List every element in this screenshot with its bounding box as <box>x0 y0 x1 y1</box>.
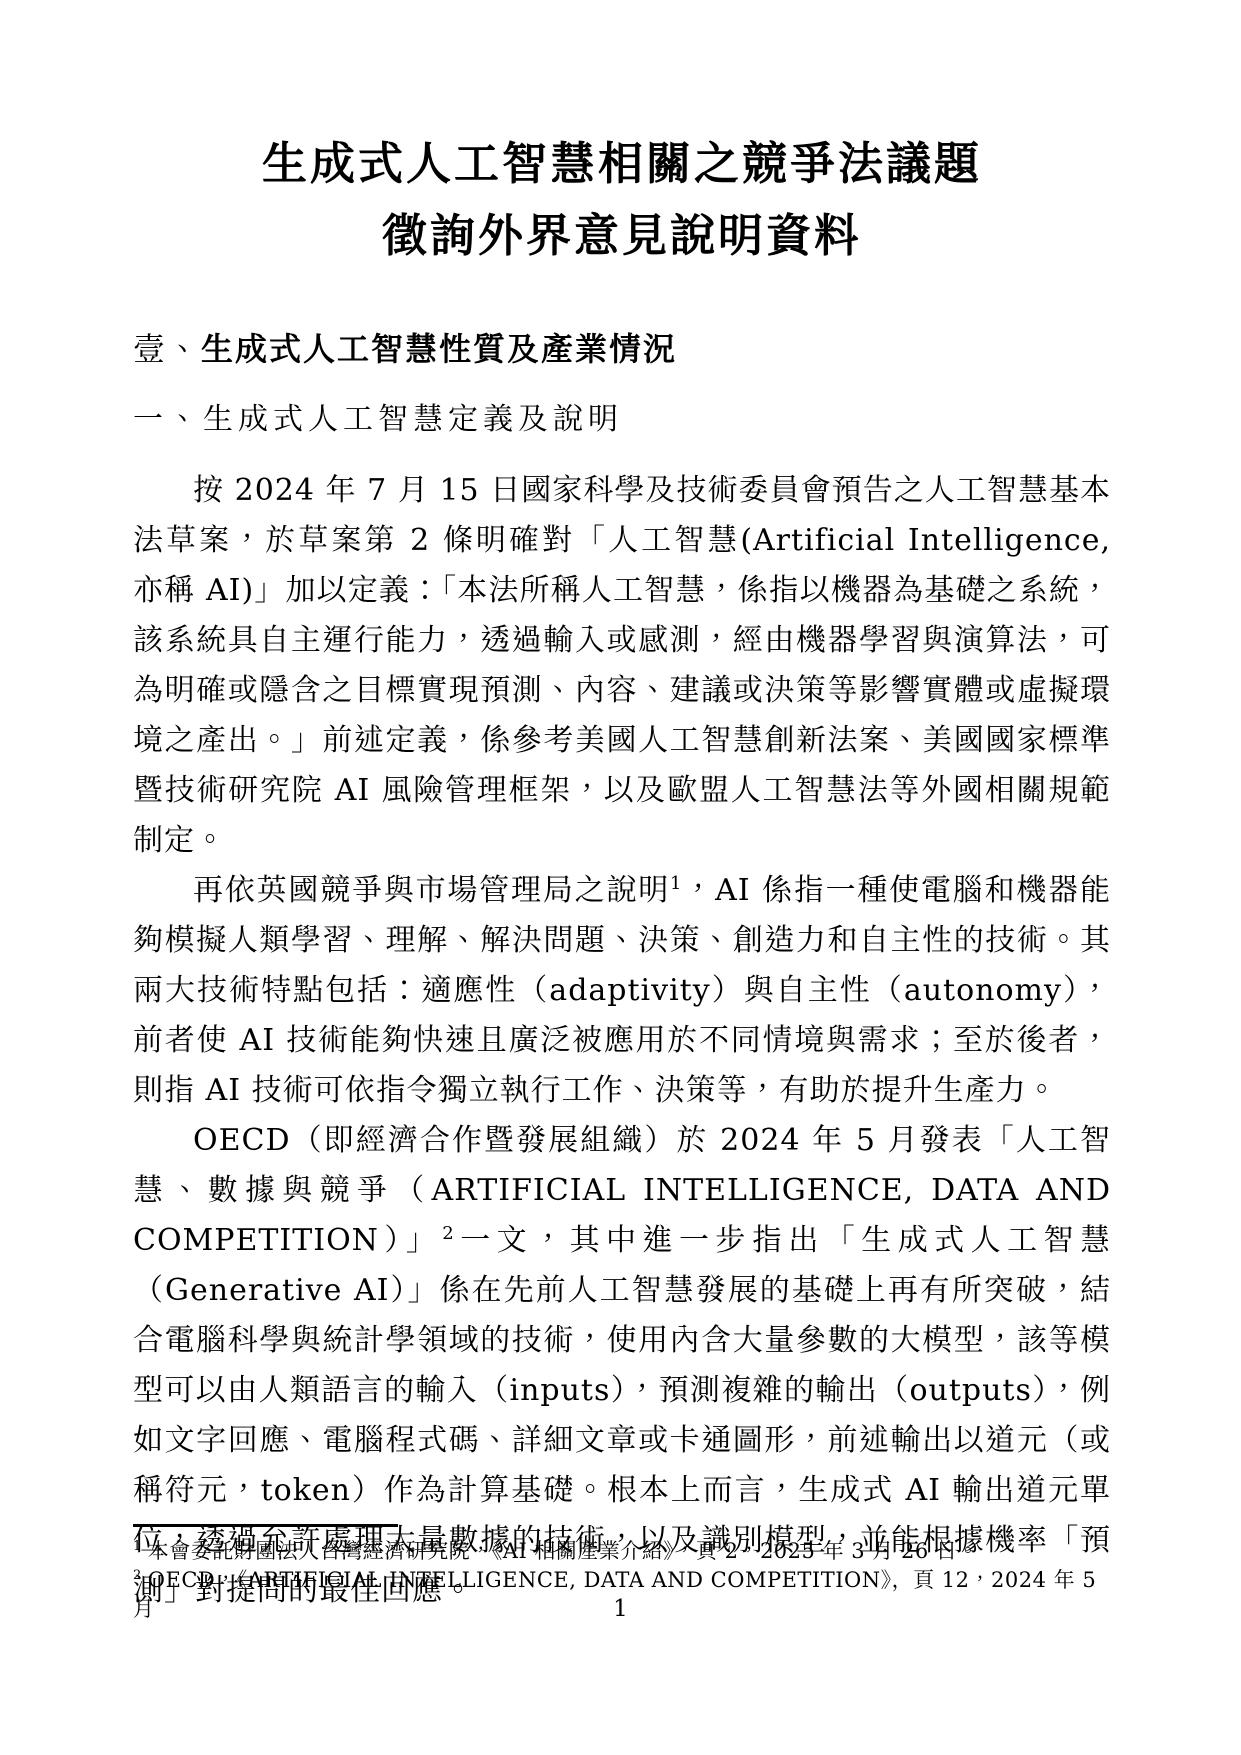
document-title-line2: 徵詢外界意見說明資料 <box>382 209 862 262</box>
footnote-1: 1本會委託財團法人台灣經濟研究院，《AI 相關產業介紹》，頁 2，2025 年 … <box>133 1537 1111 1566</box>
subsection-heading: 一、生成式人工智慧定義及說明 <box>133 402 1111 438</box>
footnote-reference-1: 1 <box>670 873 682 894</box>
document-page: 生成式人工智慧相關之競爭法議題 徵詢外界意見說明資料 壹、生成式人工智慧性質及產… <box>0 0 1241 1755</box>
paragraph-cma-text-after-note: ，AI 係指一種使電腦和機器能夠模擬人類學習、理解、解決問題、決策、創造力和自主… <box>133 873 1111 1108</box>
section-number: 壹、 <box>133 330 201 368</box>
footnote-reference-2: 2 <box>442 1223 454 1244</box>
footnote-separator-line <box>133 1524 398 1527</box>
document-title-line1: 生成式人工智慧相關之競爭法議題 <box>262 137 982 190</box>
document-title: 生成式人工智慧相關之競爭法議題 徵詢外界意見說明資料 <box>133 128 1111 272</box>
footnote-2-marker: 2 <box>133 1568 142 1583</box>
paragraph-cma-text-before-note: 再依英國競爭與市場管理局之說明 <box>193 873 670 908</box>
footnote-1-text: 本會委託財團法人台灣經濟研究院，《AI 相關產業介紹》，頁 2，2025 年 3… <box>148 1539 979 1563</box>
section-heading: 壹、生成式人工智慧性質及產業情況 <box>133 330 1111 368</box>
page-number: 1 <box>0 1596 1241 1622</box>
paragraph-definition: 按 2024 年 7 月 15 日國家科學及技術委員會預告之人工智慧基本法草案，… <box>133 466 1111 866</box>
paragraph-cma-description: 再依英國競爭與市場管理局之說明1，AI 係指一種使電腦和機器能夠模擬人類學習、理… <box>133 866 1111 1116</box>
footnote-1-marker: 1 <box>133 1539 142 1554</box>
section-title: 生成式人工智慧性質及產業情況 <box>201 330 677 368</box>
